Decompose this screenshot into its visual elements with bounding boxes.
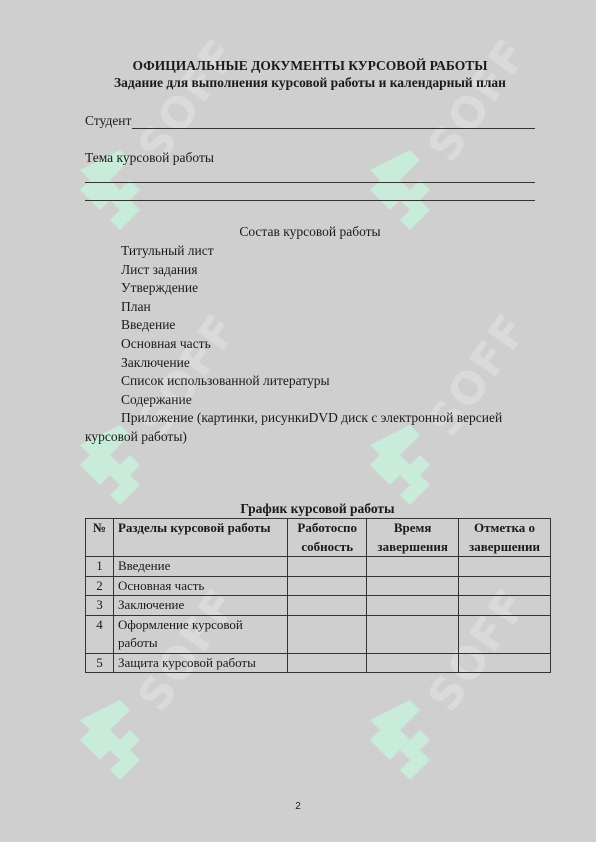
- list-item: Приложение (картинки, рисункиDVD диск с …: [85, 409, 535, 446]
- row-section: Заключение: [113, 596, 287, 616]
- row-capacity-cell: [288, 653, 367, 673]
- row-section: Введение: [113, 557, 287, 577]
- row-time-cell: [367, 596, 459, 616]
- row-time-cell: [367, 653, 459, 673]
- table-row: 3Заключение: [86, 596, 551, 616]
- row-time-cell: [367, 557, 459, 577]
- row-number: 4: [86, 615, 114, 653]
- row-mark-cell: [459, 557, 551, 577]
- row-time-cell: [367, 576, 459, 596]
- list-item: Введение: [85, 316, 535, 335]
- row-capacity-cell: [288, 557, 367, 577]
- row-mark-cell: [459, 576, 551, 596]
- row-number: 2: [86, 576, 114, 596]
- list-item: Лист задания: [85, 261, 535, 280]
- row-capacity-cell: [288, 615, 367, 653]
- row-section: Основная часть: [113, 576, 287, 596]
- composition-list: Титульный лист Лист задания Утверждение …: [85, 242, 535, 447]
- row-capacity-cell: [288, 576, 367, 596]
- theme-blank-line: [85, 200, 535, 201]
- table-header-row: № Разделы курсовой работы Работоспо собн…: [86, 519, 551, 557]
- row-number: 5: [86, 653, 114, 673]
- list-item: Титульный лист: [85, 242, 535, 261]
- column-header-capacity: Работоспо собность: [288, 519, 367, 557]
- list-item: Содержание: [85, 391, 535, 410]
- row-number: 3: [86, 596, 114, 616]
- row-mark-cell: [459, 653, 551, 673]
- soff-logo-icon: [370, 700, 440, 800]
- row-number: 1: [86, 557, 114, 577]
- student-blank-line: [132, 114, 535, 129]
- student-label: Студент: [85, 113, 131, 129]
- list-item: План: [85, 298, 535, 317]
- row-mark-cell: [459, 615, 551, 653]
- schedule-table: № Разделы курсовой работы Работоспо собн…: [85, 518, 551, 673]
- row-mark-cell: [459, 596, 551, 616]
- soff-logo-icon: [80, 700, 150, 800]
- schedule-title: График курсовой работы: [85, 501, 550, 517]
- page-number: 2: [0, 801, 596, 812]
- document-subtitle: Задание для выполнения курсовой работы и…: [85, 75, 535, 91]
- row-section: Защита курсовой работы: [113, 653, 287, 673]
- list-item: Список использованной литературы: [85, 372, 535, 391]
- row-capacity-cell: [288, 596, 367, 616]
- table-row: 4Оформление курсовой работы: [86, 615, 551, 653]
- table-row: 1Введение: [86, 557, 551, 577]
- row-section: Оформление курсовой работы: [113, 615, 287, 653]
- list-item: Утверждение: [85, 279, 535, 298]
- column-header-mark: Отметка о завершении: [459, 519, 551, 557]
- theme-label: Тема курсовой работы: [85, 150, 535, 166]
- student-field: Студент: [85, 113, 535, 129]
- theme-blank-line: [85, 182, 535, 183]
- column-header-time: Время завершения: [367, 519, 459, 557]
- table-row: 5Защита курсовой работы: [86, 653, 551, 673]
- list-item: Основная часть: [85, 335, 535, 354]
- document-title: ОФИЦИАЛЬНЫЕ ДОКУМЕНТЫ КУРСОВОЙ РАБОТЫ: [85, 58, 535, 74]
- table-row: 2Основная часть: [86, 576, 551, 596]
- row-time-cell: [367, 615, 459, 653]
- composition-title: Состав курсовой работы: [85, 224, 535, 240]
- column-header-section: Разделы курсовой работы: [113, 519, 287, 557]
- list-item: Заключение: [85, 354, 535, 373]
- column-header-number: №: [86, 519, 114, 557]
